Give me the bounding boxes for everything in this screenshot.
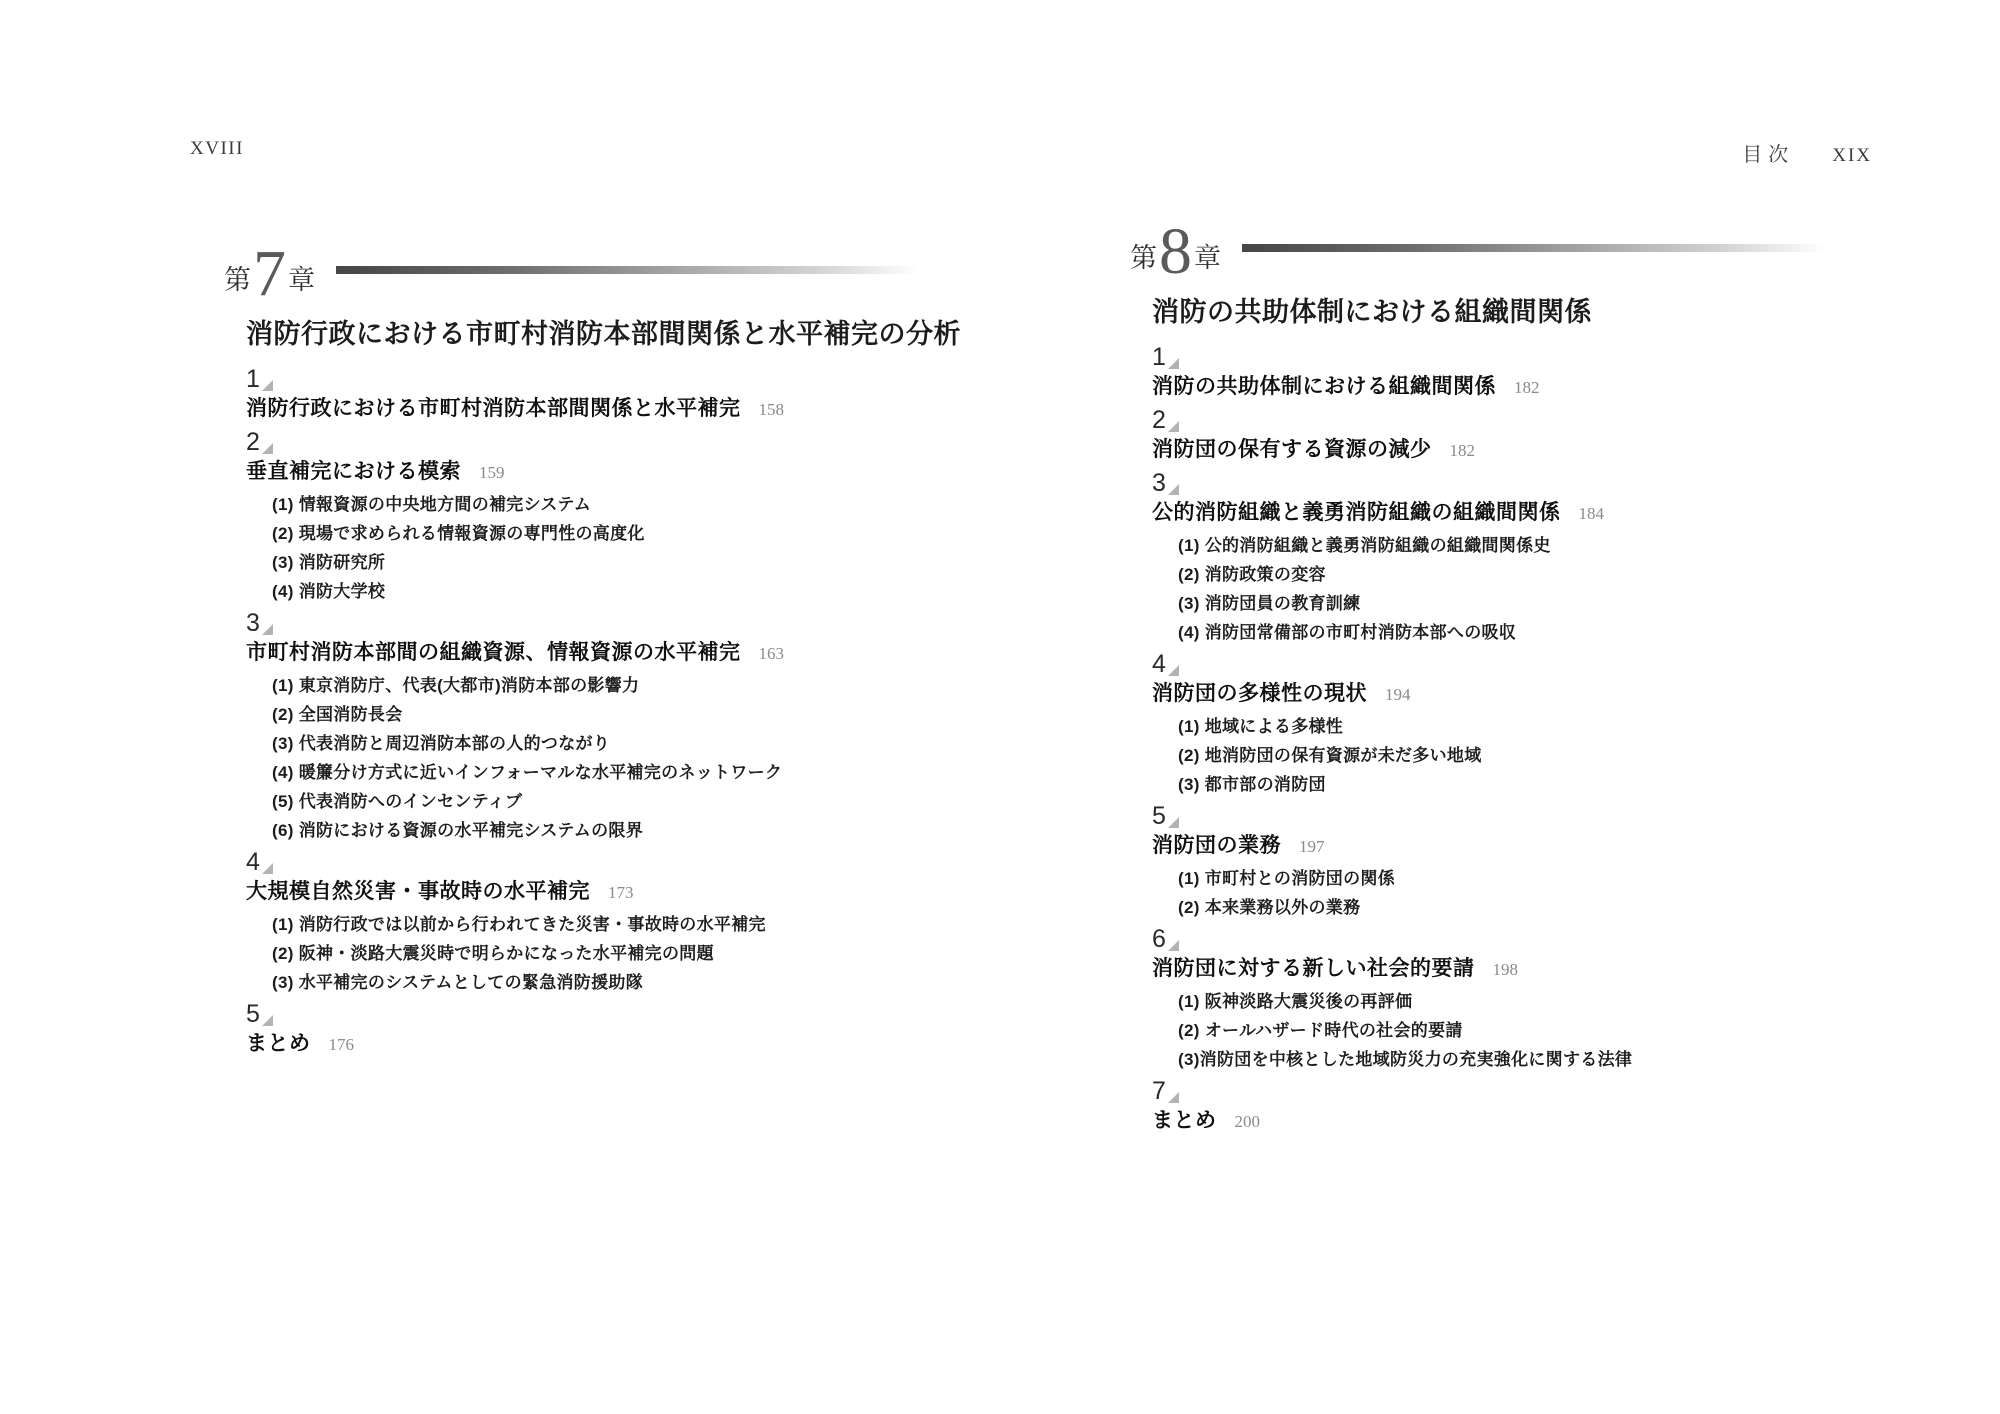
section-heading: 消防の共助体制における組織間関係 <box>1152 374 1496 398</box>
toc-subitem: (1) 公的消防組織と義勇消防組織の組織間関係史 <box>1178 531 1882 560</box>
chapter-7-heading: 第7章 <box>224 240 956 302</box>
right-page-folio: XIX <box>1832 145 1872 167</box>
left-page-folio: XVIII <box>190 138 244 160</box>
toc-section: 6消防団に対する新しい社会的要請198(1) 阪神淡路大震災後の再評価(2) オ… <box>1152 926 1882 1074</box>
section-heading-row: 垂直補完における模索159 <box>246 457 956 488</box>
section-number-row: 1 <box>1152 344 1882 370</box>
toc-subitem: (1) 消防行政では以前から行われてきた災害・事故時の水平補完 <box>272 910 956 939</box>
toc-section: 3市町村消防本部間の組織資源、情報資源の水平補完163(1) 東京消防庁、代表(… <box>246 610 956 845</box>
section-number-row: 4 <box>1152 651 1882 677</box>
section-page-number: 198 <box>1493 960 1519 979</box>
toc-subitem: (3) 消防研究所 <box>272 548 956 577</box>
toc-section: 1消防の共助体制における組織間関係182 <box>1152 344 1882 403</box>
section-subitems: (1) 東京消防庁、代表(大都市)消防本部の影響力(2) 全国消防長会(3) 代… <box>272 671 956 845</box>
section-heading: まとめ <box>1152 1108 1217 1132</box>
section-page-number: 163 <box>759 644 785 663</box>
section-page-number: 159 <box>479 463 505 482</box>
section-number-row: 7 <box>1152 1078 1882 1104</box>
chapter-suffix: 章 <box>1194 243 1221 273</box>
chapter-prefix: 第 <box>1130 243 1157 273</box>
section-marker-triangle-icon <box>1168 358 1179 369</box>
section-number: 3 <box>246 611 260 636</box>
section-heading: 公的消防組織と義勇消防組織の組織間関係 <box>1152 500 1561 524</box>
chapter-8-title: 消防の共助体制における組織間関係 <box>1152 290 1882 329</box>
section-number-row: 3 <box>1152 470 1882 496</box>
section-marker-triangle-icon <box>262 1015 273 1026</box>
section-heading-row: 消防行政における市町村消防本部間関係と水平補完158 <box>246 394 956 425</box>
section-heading: 消防団の多様性の現状 <box>1152 681 1367 705</box>
section-number: 2 <box>246 430 260 455</box>
section-number-row: 3 <box>246 610 956 636</box>
toc-subitem: (3) 消防団員の教育訓練 <box>1178 589 1882 618</box>
section-marker-triangle-icon <box>1168 940 1179 951</box>
section-heading: 消防団の業務 <box>1152 833 1281 857</box>
toc-section: 1消防行政における市町村消防本部間関係と水平補完158 <box>246 366 956 425</box>
section-number: 4 <box>1152 652 1166 677</box>
section-number: 1 <box>1152 345 1166 370</box>
section-page-number: 194 <box>1385 685 1411 704</box>
toc-subitem: (3) 代表消防と周辺消防本部の人的つながり <box>272 729 956 758</box>
toc-subitem: (2) 消防政策の変容 <box>1178 560 1882 589</box>
section-heading: 垂直補完における模索 <box>246 459 461 483</box>
section-heading-row: 消防団の業務197 <box>1152 831 1882 862</box>
left-page: 第7章 消防行政における市町村消防本部間関係と水平補完の分析 1消防行政における… <box>246 240 956 1064</box>
toc-subitem: (3) 都市部の消防団 <box>1178 770 1882 799</box>
section-heading-row: 消防団に対する新しい社会的要請198 <box>1152 954 1882 985</box>
section-page-number: 176 <box>329 1035 355 1054</box>
section-heading: 消防団の保有する資源の減少 <box>1152 437 1432 461</box>
section-heading: 大規模自然災害・事故時の水平補完 <box>246 879 590 903</box>
section-heading: 市町村消防本部間の組織資源、情報資源の水平補完 <box>246 640 741 664</box>
section-heading-row: 大規模自然災害・事故時の水平補完173 <box>246 877 956 908</box>
section-number: 5 <box>246 1002 260 1027</box>
section-subitems: (1) 公的消防組織と義勇消防組織の組織間関係史(2) 消防政策の変容(3) 消… <box>1178 531 1882 647</box>
toc-section: 3公的消防組織と義勇消防組織の組織間関係184(1) 公的消防組織と義勇消防組織… <box>1152 470 1882 647</box>
section-number-row: 2 <box>246 429 956 455</box>
section-heading: まとめ <box>246 1031 311 1055</box>
section-number: 6 <box>1152 927 1166 952</box>
section-subitems: (1) 消防行政では以前から行われてきた災害・事故時の水平補完(2) 阪神・淡路… <box>272 910 956 997</box>
chapter-number: 7 <box>251 237 288 310</box>
toc-section: 4消防団の多様性の現状194(1) 地域による多様性(2) 地消防団の保有資源が… <box>1152 651 1882 799</box>
section-page-number: 200 <box>1235 1112 1261 1131</box>
section-marker-triangle-icon <box>262 443 273 454</box>
toc-subitem: (6) 消防における資源の水平補完システムの限界 <box>272 816 956 845</box>
toc-section: 4大規模自然災害・事故時の水平補完173(1) 消防行政では以前から行われてきた… <box>246 849 956 997</box>
chapter-8-sections: 1消防の共助体制における組織間関係1822消防団の保有する資源の減少1823公的… <box>1152 344 1882 1137</box>
section-marker-triangle-icon <box>1168 1092 1179 1103</box>
section-heading-row: 消防団の保有する資源の減少182 <box>1152 435 1882 466</box>
toc-subitem: (2) 阪神・淡路大震災時で明らかになった水平補完の問題 <box>272 939 956 968</box>
toc-subitem: (1) 市町村との消防団の関係 <box>1178 864 1882 893</box>
toc-section: 2垂直補完における模索159(1) 情報資源の中央地方間の補完システム(2) 現… <box>246 429 956 606</box>
chapter-8-label: 第8章 <box>1130 224 1221 280</box>
section-subitems: (1) 市町村との消防団の関係(2) 本来業務以外の業務 <box>1178 864 1882 922</box>
section-number-row: 4 <box>246 849 956 875</box>
section-number: 4 <box>246 850 260 875</box>
chapter-7-title: 消防行政における市町村消防本部間関係と水平補完の分析 <box>246 312 956 351</box>
section-marker-triangle-icon <box>262 380 273 391</box>
section-marker-triangle-icon <box>262 863 273 874</box>
toc-subitem: (1) 情報資源の中央地方間の補完システム <box>272 490 956 519</box>
section-subitems: (1) 地域による多様性(2) 地消防団の保有資源が未だ多い地域(3) 都市部の… <box>1178 712 1882 799</box>
section-heading: 消防行政における市町村消防本部間関係と水平補完 <box>246 396 741 420</box>
toc-label: 目次 <box>1742 138 1794 167</box>
section-marker-triangle-icon <box>1168 665 1179 676</box>
section-heading-row: 消防団の多様性の現状194 <box>1152 679 1882 710</box>
toc-subitem: (2) 全国消防長会 <box>272 700 956 729</box>
chapter-suffix: 章 <box>288 265 315 295</box>
section-heading-row: まとめ200 <box>1152 1106 1882 1137</box>
section-marker-triangle-icon <box>262 624 273 635</box>
toc-subitem: (1) 地域による多様性 <box>1178 712 1882 741</box>
chapter-8-heading: 第8章 <box>1130 218 1882 280</box>
chapter-7-sections: 1消防行政における市町村消防本部間関係と水平補完1582垂直補完における模索15… <box>246 366 956 1060</box>
section-number-row: 1 <box>246 366 956 392</box>
toc-subitem: (2) オールハザード時代の社会的要請 <box>1178 1016 1882 1045</box>
section-marker-triangle-icon <box>1168 817 1179 828</box>
section-marker-triangle-icon <box>1168 484 1179 495</box>
section-heading-row: 公的消防組織と義勇消防組織の組織間関係184 <box>1152 498 1882 529</box>
toc-subitem: (3) 水平補完のシステムとしての緊急消防援助隊 <box>272 968 956 997</box>
section-heading-row: まとめ176 <box>246 1029 956 1060</box>
section-subitems: (1) 情報資源の中央地方間の補完システム(2) 現場で求められる情報資源の専門… <box>272 490 956 606</box>
toc-subitem: (1) 東京消防庁、代表(大都市)消防本部の影響力 <box>272 671 956 700</box>
chapter-prefix: 第 <box>224 265 251 295</box>
chapter-rule <box>336 266 918 274</box>
toc-section: 2消防団の保有する資源の減少182 <box>1152 407 1882 466</box>
section-number-row: 6 <box>1152 926 1882 952</box>
toc-subitem: (2) 本来業務以外の業務 <box>1178 893 1882 922</box>
section-heading-row: 消防の共助体制における組織間関係182 <box>1152 372 1882 403</box>
toc-subitem: (2) 地消防団の保有資源が未だ多い地域 <box>1178 741 1882 770</box>
right-running-head: 目次 XIX <box>1742 138 1872 167</box>
section-page-number: 182 <box>1450 441 1476 460</box>
section-subitems: (1) 阪神淡路大震災後の再評価(2) オールハザード時代の社会的要請(3)消防… <box>1178 987 1882 1074</box>
section-page-number: 184 <box>1579 504 1605 523</box>
section-heading: 消防団に対する新しい社会的要請 <box>1152 956 1475 980</box>
section-number: 7 <box>1152 1079 1166 1104</box>
section-number-row: 5 <box>246 1001 956 1027</box>
section-number: 2 <box>1152 408 1166 433</box>
chapter-number: 8 <box>1157 215 1194 288</box>
toc-subitem: (5) 代表消防へのインセンティブ <box>272 787 956 816</box>
toc-section: 5まとめ176 <box>246 1001 956 1060</box>
toc-section: 5消防団の業務197(1) 市町村との消防団の関係(2) 本来業務以外の業務 <box>1152 803 1882 922</box>
section-number-row: 2 <box>1152 407 1882 433</box>
toc-subitem: (4) 暖簾分け方式に近いインフォーマルな水平補完のネットワーク <box>272 758 956 787</box>
section-page-number: 197 <box>1299 837 1325 856</box>
section-page-number: 158 <box>759 400 785 419</box>
toc-subitem: (4) 消防団常備部の市町村消防本部への吸収 <box>1178 618 1882 647</box>
section-page-number: 182 <box>1514 378 1540 397</box>
section-heading-row: 市町村消防本部間の組織資源、情報資源の水平補完163 <box>246 638 956 669</box>
toc-subitem: (1) 阪神淡路大震災後の再評価 <box>1178 987 1882 1016</box>
section-number: 1 <box>246 367 260 392</box>
toc-section: 7まとめ200 <box>1152 1078 1882 1137</box>
toc-subitem: (2) 現場で求められる情報資源の専門性の高度化 <box>272 519 956 548</box>
section-number-row: 5 <box>1152 803 1882 829</box>
chapter-7-label: 第7章 <box>224 246 315 302</box>
section-number: 3 <box>1152 471 1166 496</box>
right-page: 第8章 消防の共助体制における組織間関係 1消防の共助体制における組織間関係18… <box>1152 218 1882 1141</box>
toc-subitem: (3)消防団を中核とした地域防災力の充実強化に関する法律 <box>1178 1045 1882 1074</box>
chapter-rule <box>1242 244 1824 252</box>
toc-subitem: (4) 消防大学校 <box>272 577 956 606</box>
section-marker-triangle-icon <box>1168 421 1179 432</box>
section-page-number: 173 <box>608 883 634 902</box>
section-number: 5 <box>1152 804 1166 829</box>
